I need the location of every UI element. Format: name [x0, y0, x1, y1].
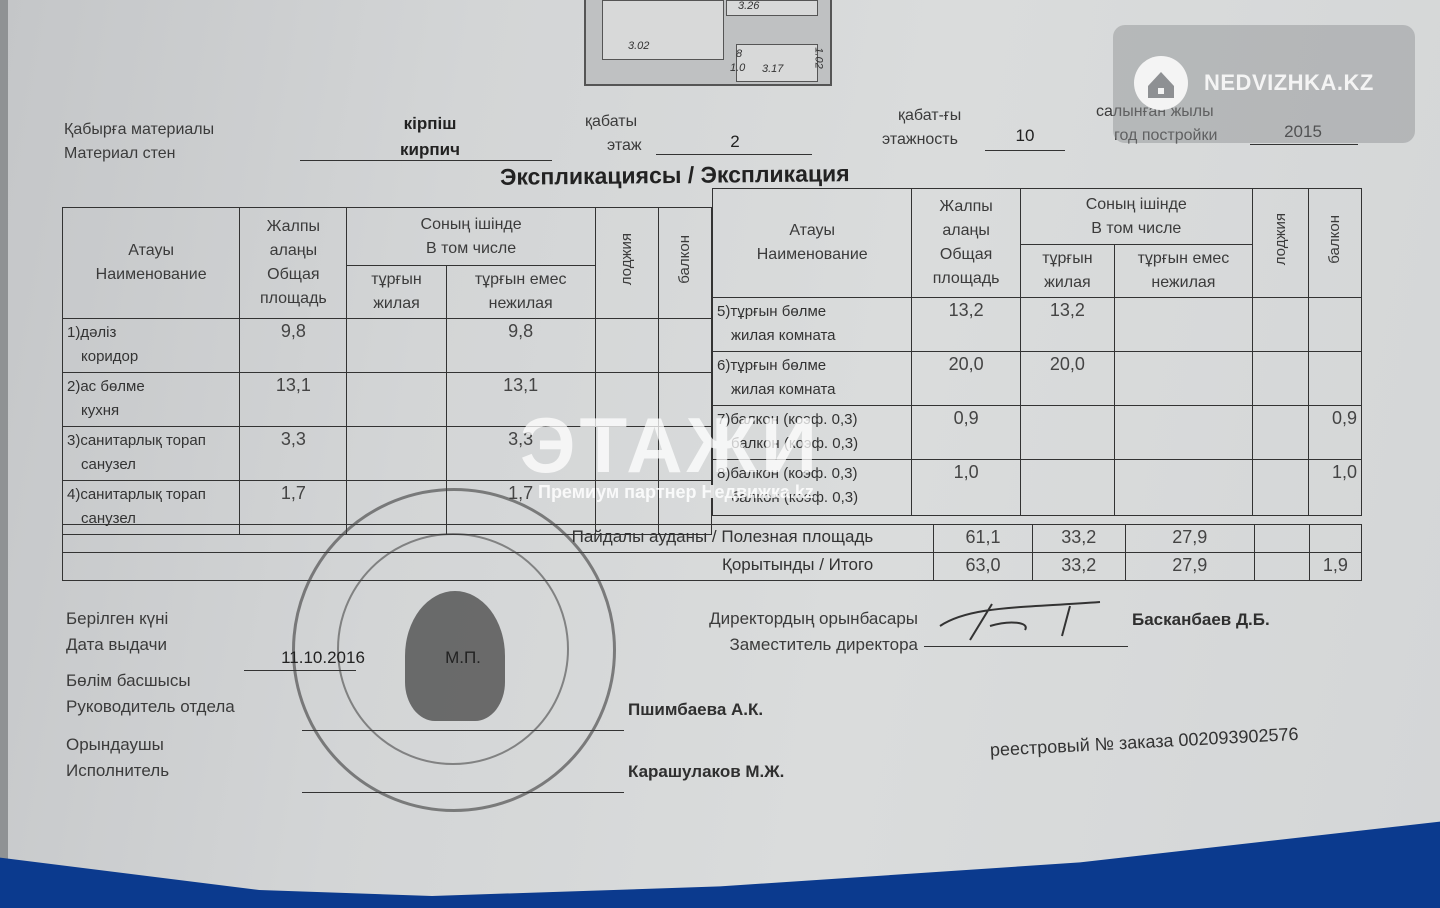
floors-total-value: 10 — [995, 126, 1055, 146]
underline — [656, 154, 812, 155]
deputy-director-name: Басканбаев Д.Б. — [1132, 610, 1270, 630]
deputy-director-label: Директордың орынбасары Заместитель дирек… — [664, 606, 918, 658]
floors-total-label-ru: этажность — [882, 128, 958, 152]
header-loggia: лоджия — [595, 208, 658, 319]
wall-material-label: Қабырға материалы Материал стен — [64, 118, 214, 166]
table-row: 6)тұрғын бөлмежилая комната 20,020,0 — [713, 352, 1362, 406]
floor-label-kz: қабаты — [585, 110, 637, 134]
header-including: Соның ішіндеВ том числе — [347, 208, 595, 266]
etazhi-watermark: ЭТАЖИ — [520, 400, 821, 491]
nedvizhka-logo-text: NEDVIZHKA.KZ — [1204, 70, 1374, 96]
plan-dimension: 3.26 — [738, 0, 759, 12]
underline — [1250, 144, 1358, 145]
header-total: Жалпы алаңыОбщая площадь — [240, 208, 347, 319]
underline — [302, 792, 624, 793]
document-title: Экспликациясы / Экспликация — [500, 160, 850, 191]
floor-value: 2 — [700, 132, 770, 152]
header-nonliving: тұрғын емеснежилая — [1115, 245, 1253, 298]
floor-label-ru: этаж — [607, 134, 642, 158]
underline — [302, 730, 624, 731]
executor-name: Карашулаков М.Ж. — [628, 762, 784, 782]
header-including: Соның ішіндеВ том числе — [1020, 189, 1252, 245]
floors-total-label-kz: қабат-ғы — [898, 104, 961, 128]
plan-dimension: 1.02 — [813, 47, 825, 68]
plan-dimension: 1.0 — [730, 62, 745, 74]
table-row: 1)дәлізкоридор 9,89,8 — [63, 319, 712, 373]
totals-table: Пайдалы ауданы / Полезная площадь 61,1 3… — [62, 524, 1362, 581]
floor-plan: 3.26 3.02 8 1.0 3.17 1.02 — [584, 0, 832, 86]
plan-dimension: 8 — [736, 48, 742, 60]
stamp-mark: М.П. — [438, 648, 488, 668]
wall-material-value-ru: кирпич — [380, 140, 480, 160]
paper-edge — [0, 0, 8, 908]
useful-area-row: Пайдалы ауданы / Полезная площадь 61,1 3… — [63, 525, 1362, 553]
header-loggia: лоджия — [1252, 189, 1309, 298]
issue-date-label: Берілген күні Дата выдачи — [66, 606, 168, 658]
underline — [244, 670, 356, 671]
issue-date-value: 11.10.2016 — [268, 648, 378, 668]
executor-label: Орындаушы Исполнитель — [66, 732, 169, 784]
table-row: 5)тұрғын бөлмежилая комната 13,213,2 — [713, 298, 1362, 352]
header-balcony: балкон — [1309, 189, 1362, 298]
underline — [924, 646, 1128, 647]
header-living: тұрғынжилая — [347, 266, 446, 319]
header-name: АтауыНаименование — [63, 208, 240, 319]
header-living: тұрғынжилая — [1020, 245, 1114, 298]
header-balcony: балкон — [658, 208, 711, 319]
header-nonliving: тұрғын емеснежилая — [446, 266, 595, 319]
grand-total-row: Қорытынды / Итого 63,0 33,2 27,9 1,9 — [63, 553, 1362, 581]
header-total: Жалпы алаңыОбщая площадь — [912, 189, 1020, 298]
house-icon — [1134, 56, 1188, 110]
etazhi-watermark-sub: Премиум партнер Недвижка.kz — [538, 482, 814, 503]
plan-room — [602, 0, 724, 60]
underline — [985, 150, 1065, 151]
signature-icon — [930, 596, 1110, 646]
head-of-dept-label: Бөлім басшысы Руководитель отдела — [66, 668, 235, 720]
head-of-dept-name: Пшимбаева А.К. — [628, 700, 763, 720]
underline — [300, 160, 552, 161]
wall-material-value-kz: кірпіш — [380, 114, 480, 134]
header-name: АтауыНаименование — [713, 189, 912, 298]
plan-dimension: 3.02 — [628, 40, 649, 52]
plan-dimension: 3.17 — [762, 63, 783, 75]
